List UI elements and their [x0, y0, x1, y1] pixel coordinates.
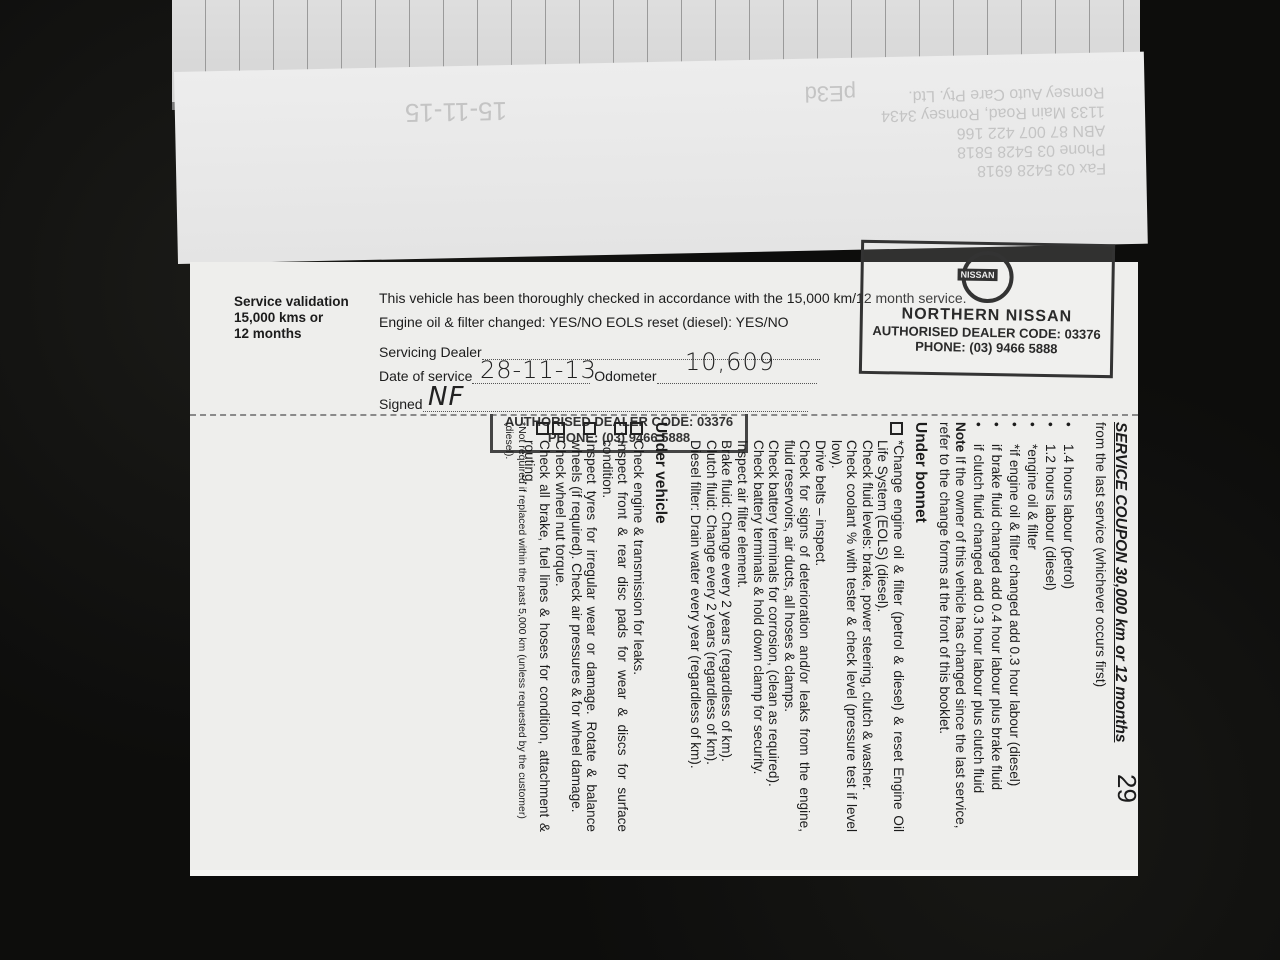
ghost-date: 15-11-15 — [405, 95, 508, 128]
under-bonnet-checklist: *Change engine oil & filter (petrol & di… — [688, 422, 906, 832]
ghost-signature: pE3d — [804, 80, 856, 107]
odometer-value: 10,609 — [685, 348, 775, 376]
checklist-item[interactable]: Check engine & transmission for leaks. — [630, 422, 646, 832]
checklist-item: Diesel filter: Drain water every year (r… — [688, 422, 704, 832]
coupon-title: SERVICE COUPON 30,000 km or 12 months — [1112, 422, 1128, 742]
under-vehicle-checklist: Check engine & transmission for leaks. I… — [521, 422, 646, 832]
ghost-dealer-address: Fax 03 5428 6918 Phone 03 5428 5818 ABN … — [881, 83, 1107, 183]
checklist-item: Check fluid levels: brake, power steerin… — [859, 422, 875, 832]
under-bonnet-heading: Under bonnet — [912, 422, 928, 523]
service-validation-label: Service validation 15,000 kms or 12 mont… — [234, 294, 349, 342]
checklist-item: Clutch fluid: Change every 2 years (rega… — [703, 422, 719, 832]
checklist-item: Check battery terminals for corrosion, (… — [766, 422, 782, 832]
signature: NF — [428, 382, 464, 412]
list-item: 1.2 hours labour (diesel) — [1040, 422, 1058, 793]
checklist-item: Check for signs of deterioration and/or … — [781, 422, 812, 832]
nissan-logo-icon — [961, 251, 1014, 304]
labour-list: 1.4 hours labour (petrol) 1.2 hours labo… — [968, 422, 1076, 793]
checklist-item[interactable]: Inspect tyres for irregular wear or dama… — [568, 422, 599, 832]
footnote: *Not required if replaced within the pas… — [502, 422, 528, 832]
list-item: 1.4 hours labour (petrol) — [1058, 422, 1076, 793]
oil-line: Engine oil & filter changed: YES/NO EOLS… — [379, 314, 789, 330]
under-vehicle-heading: Under vehicle — [652, 422, 668, 524]
coupon-rotated-content: SERVICE COUPON 30,000 km or 12 months 29… — [238, 414, 1138, 870]
checklist-item: Inspect air filter element. — [734, 422, 750, 832]
checklist-item[interactable]: Check wheel nut torque. — [552, 422, 568, 832]
service-coupon-page: Service validation 15,000 kms or 12 mont… — [190, 262, 1138, 870]
checklist-item: Brake fluid: Change every 2 years (regar… — [719, 422, 735, 832]
date-of-service-value: 28-11-13 — [480, 356, 597, 384]
list-item: if brake fluid changed add 0.4 hour labo… — [986, 422, 1004, 793]
list-item: if clutch fluid changed add 0.3 hour lab… — [968, 422, 986, 793]
page-number: 29 — [1118, 774, 1134, 803]
list-item: *engine oil & filter — [1022, 422, 1040, 793]
checklist-item: Check coolant % with tester & check leve… — [828, 422, 859, 832]
dealer-stamp: NORTHERN NISSAN AUTHORISED DEALER CODE: … — [859, 240, 1115, 378]
checklist-item[interactable]: Inspect front & rear disc pads for wear … — [599, 422, 630, 832]
previous-coupon-strip: Fax 03 5428 6918 Phone 03 5428 5818 ABN … — [174, 52, 1148, 264]
checklist-item: Drive belts – inspect. — [812, 422, 828, 832]
ownership-note: Note If the owner of this vehicle has ch… — [937, 422, 968, 842]
checklist-item[interactable]: *Change engine oil & filter (petrol & di… — [875, 422, 906, 832]
list-item: *if engine oil & filter changed add 0.3 … — [1004, 422, 1022, 793]
coupon-subtitle: from the last service (whichever occurs … — [1092, 422, 1108, 687]
checklist-item: Check battery terminals & hold down clam… — [750, 422, 766, 832]
